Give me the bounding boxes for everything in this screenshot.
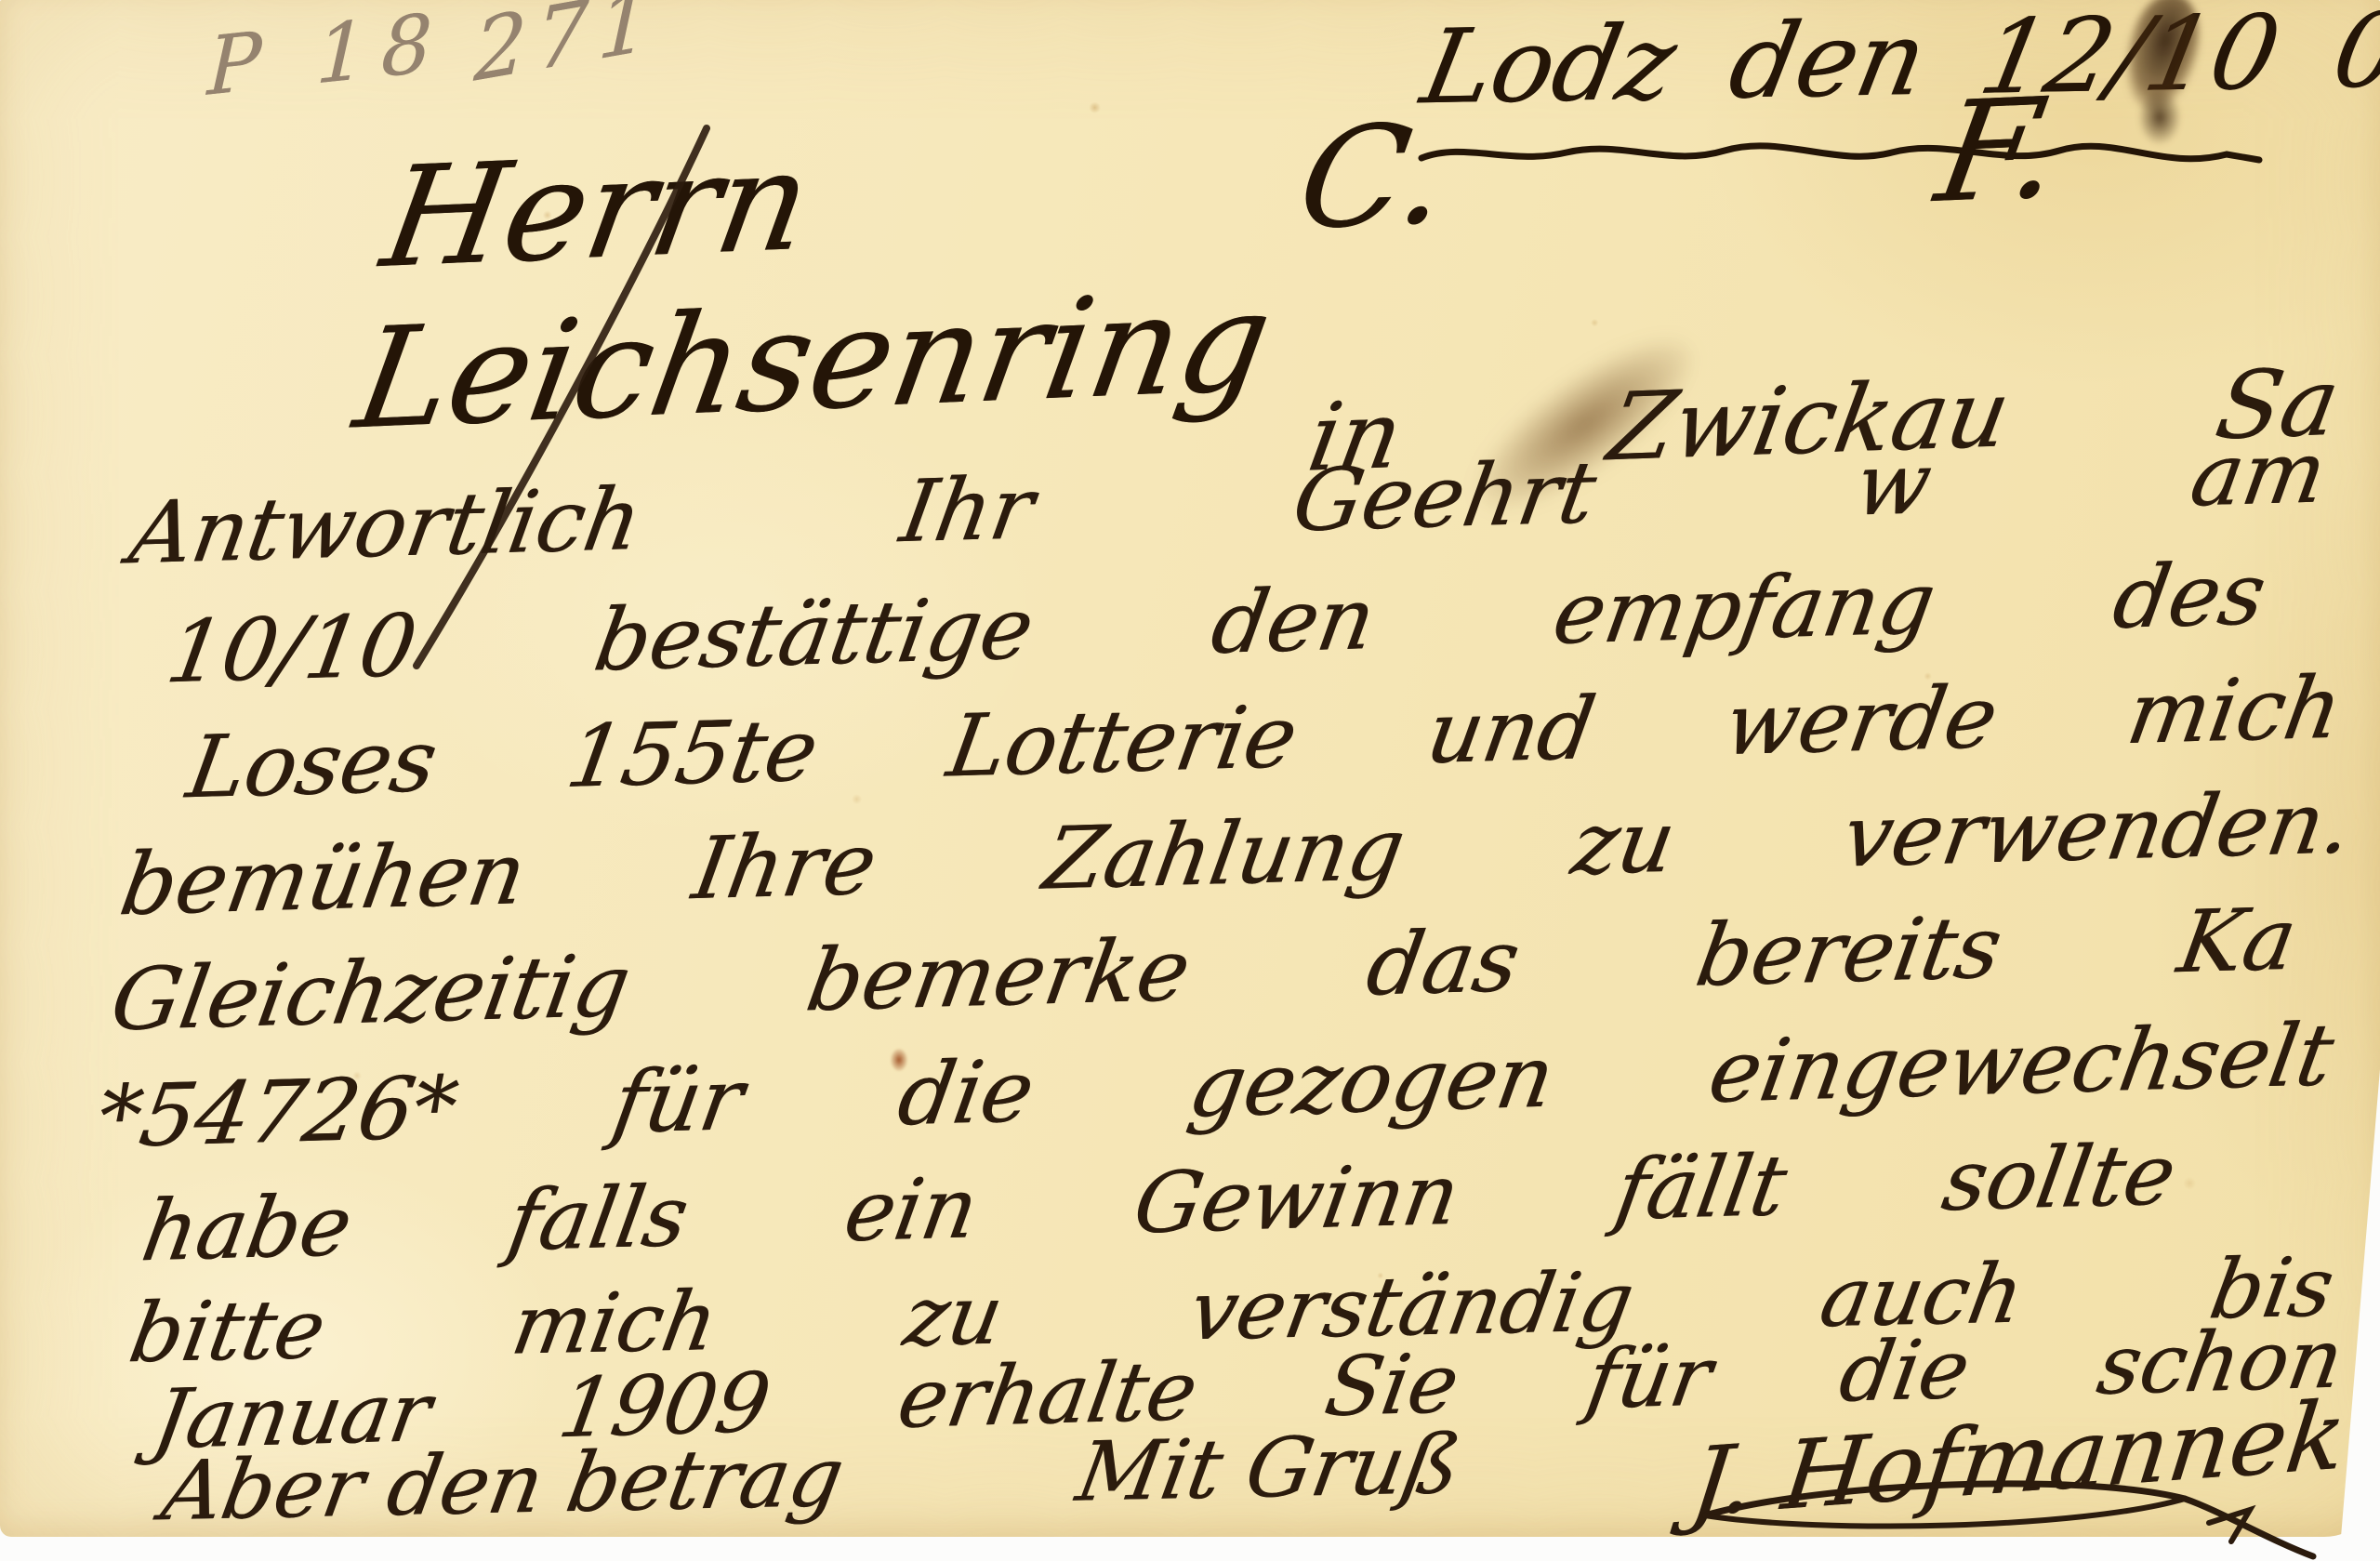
rust-fleck-icon [891, 1049, 907, 1071]
closing-amount-note: Aber den betrag [155, 1429, 850, 1540]
signature-flourish [1692, 1462, 2361, 1558]
closing-salutation: Mit Gruß [1070, 1416, 1467, 1520]
ink-blot-small-icon [2138, 89, 2181, 145]
scanned-postcard-image: P 18 271 Lodz den 12/10 08. Herrn C. F. … [0, 0, 2380, 1561]
